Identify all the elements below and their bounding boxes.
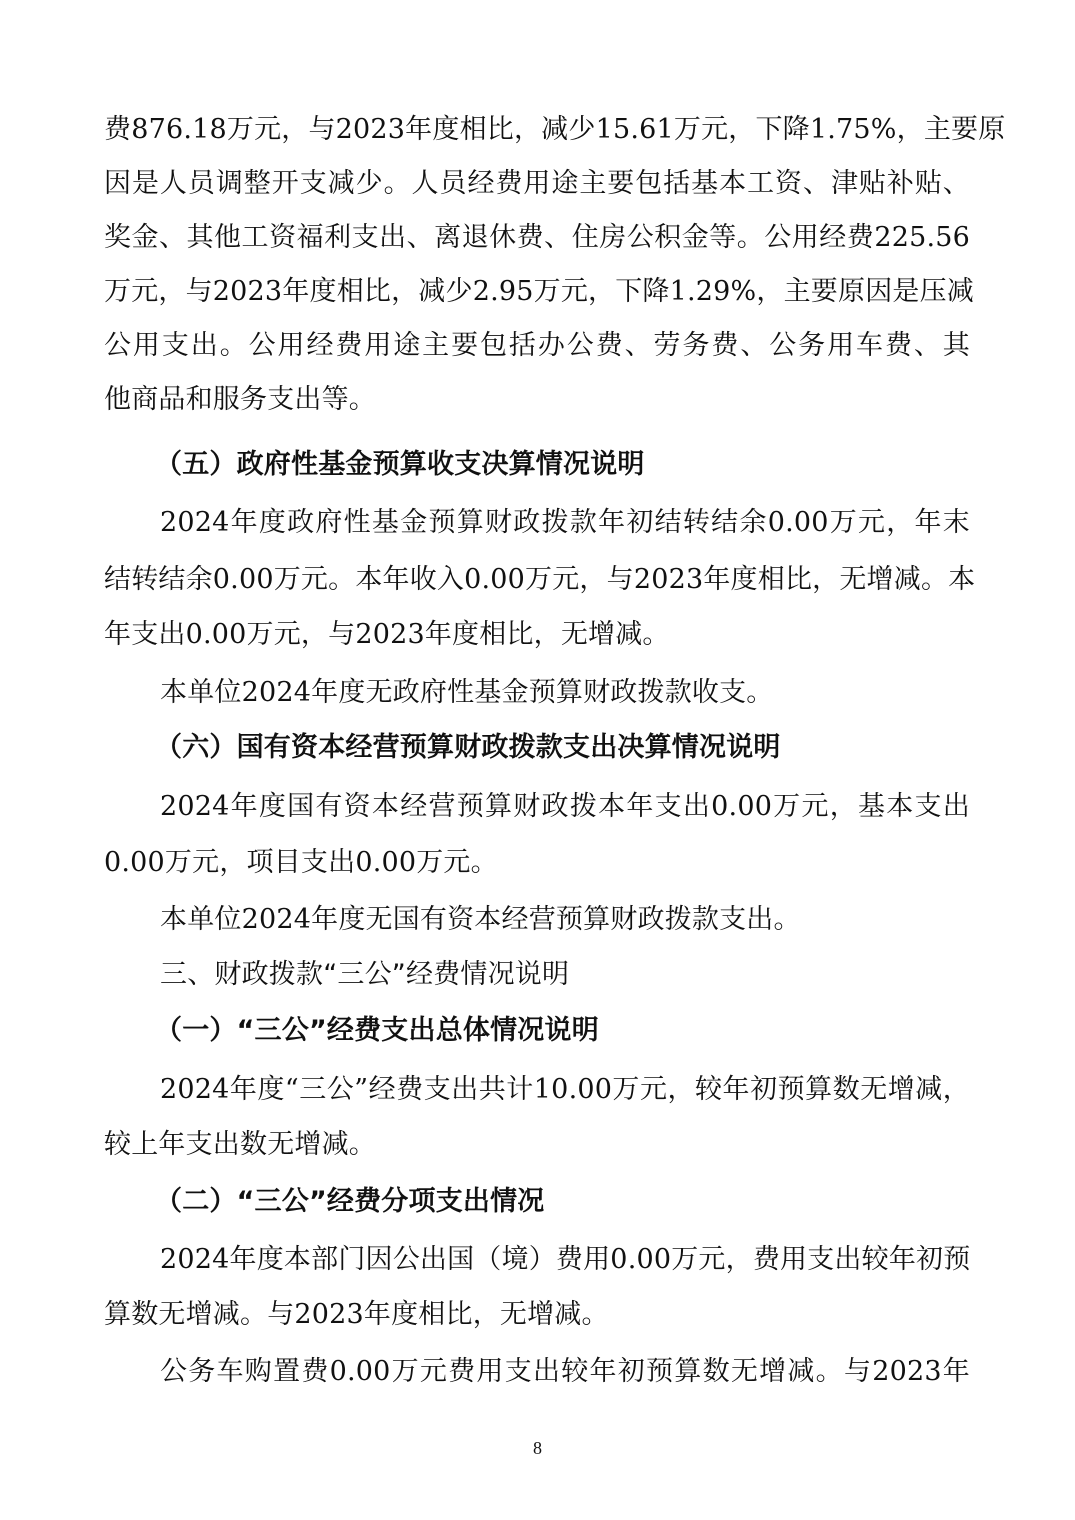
paragraph-line: 年支出0.00万元，与2023年度相比，无增减。 <box>104 615 670 655</box>
paragraph-line: 2024年度政府性基金预算财政拨款年初结转结余0.00万元，年末 <box>160 503 970 543</box>
section-heading-three-public: 三、财政拨款“三公”经费情况说明 <box>160 955 569 995</box>
subsection-heading-itemized: （二）“三公”经费分项支出情况 <box>155 1182 545 1222</box>
paragraph-line: 奖金、其他工资福利支出、离退休费、住房公积金等。公用经费225.56 <box>104 218 970 258</box>
paragraph-line: 结转结余0.00万元。本年收入0.00万元，与2023年度相比，无增减。本 <box>104 560 970 600</box>
page-number: 8 <box>0 1438 1075 1459</box>
paragraph-line: 万元，与2023年度相比，减少2.95万元，下降1.29%，主要原因是压减 <box>104 272 970 312</box>
paragraph-line: 算数无增减。与2023年度相比，无增减。 <box>104 1295 609 1335</box>
paragraph-line: 2024年度国有资本经营预算财政拨本年支出0.00万元，基本支出 <box>160 787 970 827</box>
section-heading-state-capital: （六）国有资本经营预算财政拨款支出决算情况说明 <box>155 728 781 768</box>
section-heading-government-fund: （五）政府性基金预算收支决算情况说明 <box>155 445 645 485</box>
paragraph-line: 费876.18万元，与2023年度相比，减少15.61万元，下降1.75%，主要… <box>104 110 970 150</box>
subsection-heading-overall: （一）“三公”经费支出总体情况说明 <box>155 1011 599 1051</box>
paragraph-line: 公用支出。公用经费用途主要包括办公费、劳务费、公务用车费、其 <box>104 326 970 366</box>
paragraph-line: 2024年度“三公”经费支出共计10.00万元，较年初预算数无增减， <box>160 1070 970 1110</box>
paragraph-line: 因是人员调整开支减少。人员经费用途主要包括基本工资、津贴补贴、 <box>104 164 970 204</box>
paragraph-line: 本单位2024年度无国有资本经营预算财政拨款支出。 <box>160 900 801 940</box>
paragraph-line: 他商品和服务支出等。 <box>104 380 376 420</box>
paragraph-line: 本单位2024年度无政府性基金预算财政拨款收支。 <box>160 673 774 713</box>
paragraph-line: 2024年度本部门因公出国（境）费用0.00万元，费用支出较年初预 <box>160 1240 970 1280</box>
paragraph-line: 较上年支出数无增减。 <box>104 1125 376 1165</box>
paragraph-line: 0.00万元，项目支出0.00万元。 <box>104 843 498 883</box>
document-page: 费876.18万元，与2023年度相比，减少15.61万元，下降1.75%，主要… <box>0 0 1075 1520</box>
paragraph-line: 公务车购置费0.00万元费用支出较年初预算数无增减。与2023年 <box>160 1352 970 1392</box>
